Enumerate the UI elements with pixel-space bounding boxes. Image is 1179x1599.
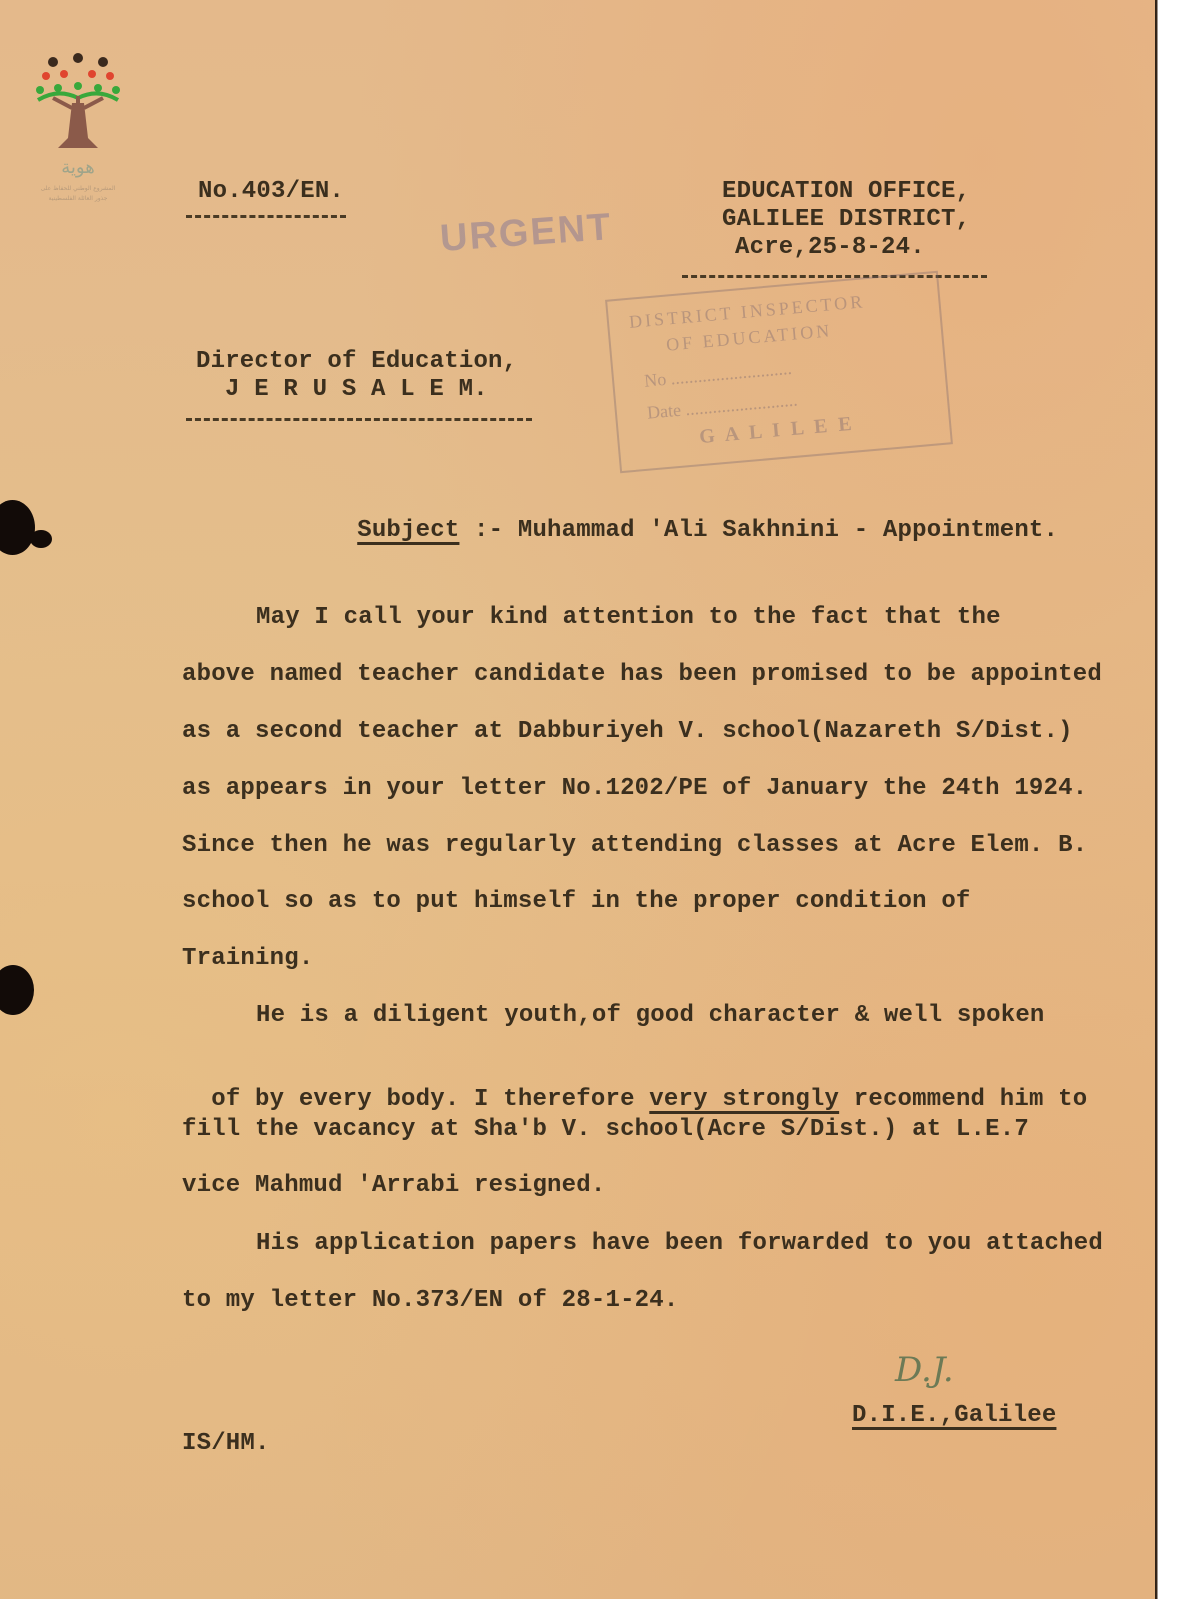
body-line: fill the vacancy at Sha'b V. school(Acre… — [182, 1116, 1029, 1143]
ink-blot — [30, 530, 52, 548]
subject-label: Subject — [357, 517, 459, 544]
body-line: of by every body. I therefore very stron… — [182, 1059, 1087, 1113]
office-place-date: Acre,25-8-24. — [735, 234, 925, 261]
body-line: Since then he was regularly attending cl… — [182, 832, 1087, 859]
page-edge — [1155, 0, 1179, 1599]
handwritten-initials: D.J. — [895, 1350, 954, 1390]
emphasis-text: very strongly — [649, 1086, 839, 1113]
office-district: GALILEE DISTRICT, — [722, 206, 970, 233]
inspector-stamp: DISTRICT INSPECTOR OF EDUCATION No .....… — [605, 271, 953, 473]
typist-reference: IS/HM. — [182, 1430, 270, 1457]
body-line: His application papers have been forward… — [256, 1230, 1103, 1257]
subject-text: Muhammad 'Ali Sakhnini - Appointment. — [503, 517, 1058, 544]
body-line: He is a diligent youth,of good character… — [256, 1002, 1045, 1029]
svg-text:جذور العائلة الفلسطينية: جذور العائلة الفلسطينية — [49, 195, 108, 202]
svg-text:المشروع الوطني للحفاظ على: المشروع الوطني للحفاظ على — [41, 185, 116, 192]
reference-number: No.403/EN. — [198, 178, 344, 205]
addressee-title: Director of Education, — [196, 348, 517, 375]
office-name: EDUCATION OFFICE, — [722, 178, 970, 205]
body-line: to my letter No.373/EN of 28-1-24. — [182, 1287, 678, 1314]
subject-line: Subject :- Muhammad 'Ali Sakhnini - Appo… — [328, 490, 1058, 544]
hawiya-logo: هوية المشروع الوطني للحفاظ على جذور العا… — [28, 48, 128, 208]
body-line: May I call your kind attention to the fa… — [256, 604, 1001, 631]
body-line: vice Mahmud 'Arrabi resigned. — [182, 1172, 605, 1199]
body-line: school so as to put himself in the prope… — [182, 888, 971, 915]
divider — [186, 215, 346, 218]
divider — [682, 275, 987, 278]
signature-title: D.I.E.,Galilee — [852, 1402, 1056, 1429]
divider — [186, 418, 532, 421]
body-line: as appears in your letter No.1202/PE of … — [182, 775, 1087, 802]
body-line: Training. — [182, 945, 313, 972]
logo-arabic-name: هوية — [61, 157, 94, 178]
addressee-city: J E R U S A L E M. — [225, 376, 488, 403]
body-line: as a second teacher at Dabburiyeh V. sch… — [182, 718, 1073, 745]
family-tree-icon: هوية المشروع الوطني للحفاظ على جذور العا… — [28, 48, 128, 208]
body-line: above named teacher candidate has been p… — [182, 661, 1102, 688]
